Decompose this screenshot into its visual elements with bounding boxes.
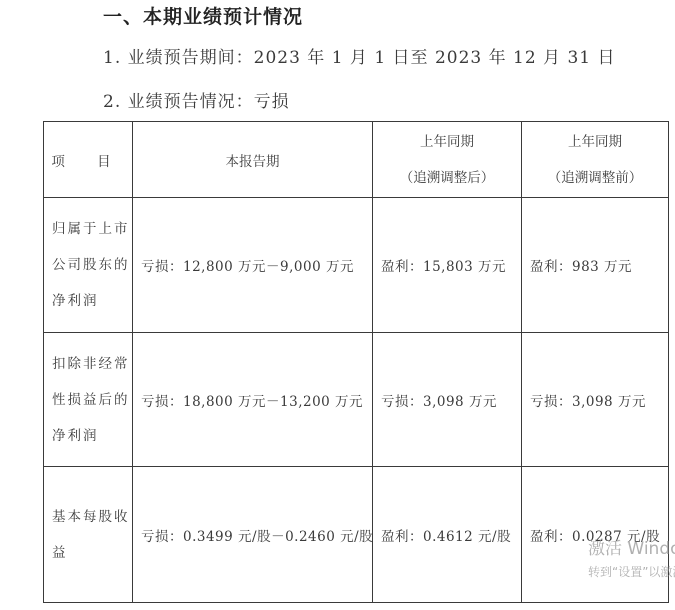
- row-current-value: 亏损：12,800 万元－9,000 万元: [133, 198, 373, 333]
- row-prev-adjusted-value: 盈利：0.4612 元/股: [373, 467, 522, 603]
- row-prev-adjusted-value: 亏损：3,098 万元: [373, 333, 522, 467]
- forecast-status-line: 2. 业绩预告情况：亏损: [103, 87, 290, 112]
- table-row: 基本每股收益 亏损：0.3499 元/股－0.2460 元/股 盈利：0.461…: [44, 467, 669, 603]
- header-prev-adjusted: 上年同期 （追溯调整后）: [373, 122, 522, 198]
- header-item: 项 目: [44, 122, 133, 198]
- forecast-period-line: 1. 业绩预告期间：2023 年 1 月 1 日至 2023 年 12 月 31…: [103, 43, 616, 68]
- row-current-value: 亏损：18,800 万元－13,200 万元: [133, 333, 373, 467]
- header-current-period: 本报告期: [133, 122, 373, 198]
- header-prev-adjusted-line2: （追溯调整后）: [373, 160, 521, 196]
- row-current-value: 亏损：0.3499 元/股－0.2460 元/股: [133, 467, 373, 603]
- table-row: 归属于上市公司股东的净利润 亏损：12,800 万元－9,000 万元 盈利：1…: [44, 198, 669, 333]
- row-item-label: 基本每股收益: [44, 467, 133, 603]
- forecast-table: 项 目 本报告期 上年同期 （追溯调整后） 上年同期 （追溯调整前） 归属于上市…: [43, 121, 669, 603]
- header-prev-original: 上年同期 （追溯调整前）: [522, 122, 669, 198]
- row-prev-adjusted-value: 盈利：15,803 万元: [373, 198, 522, 333]
- row-item-label: 归属于上市公司股东的净利润: [44, 198, 133, 333]
- row-prev-original-value: 盈利：983 万元: [522, 198, 669, 333]
- row-prev-original-value: 盈利：0.0287 元/股: [522, 467, 669, 603]
- table-row: 扣除非经常性损益后的净利润 亏损：18,800 万元－13,200 万元 亏损：…: [44, 333, 669, 467]
- section-title: 一、本期业绩预计情况: [103, 2, 303, 29]
- row-item-label: 扣除非经常性损益后的净利润: [44, 333, 133, 467]
- header-prev-adjusted-line1: 上年同期: [373, 124, 521, 160]
- row-prev-original-value: 亏损：3,098 万元: [522, 333, 669, 467]
- header-prev-original-line2: （追溯调整前）: [522, 160, 668, 196]
- header-prev-original-line1: 上年同期: [522, 124, 668, 160]
- table-header-row: 项 目 本报告期 上年同期 （追溯调整后） 上年同期 （追溯调整前）: [44, 122, 669, 198]
